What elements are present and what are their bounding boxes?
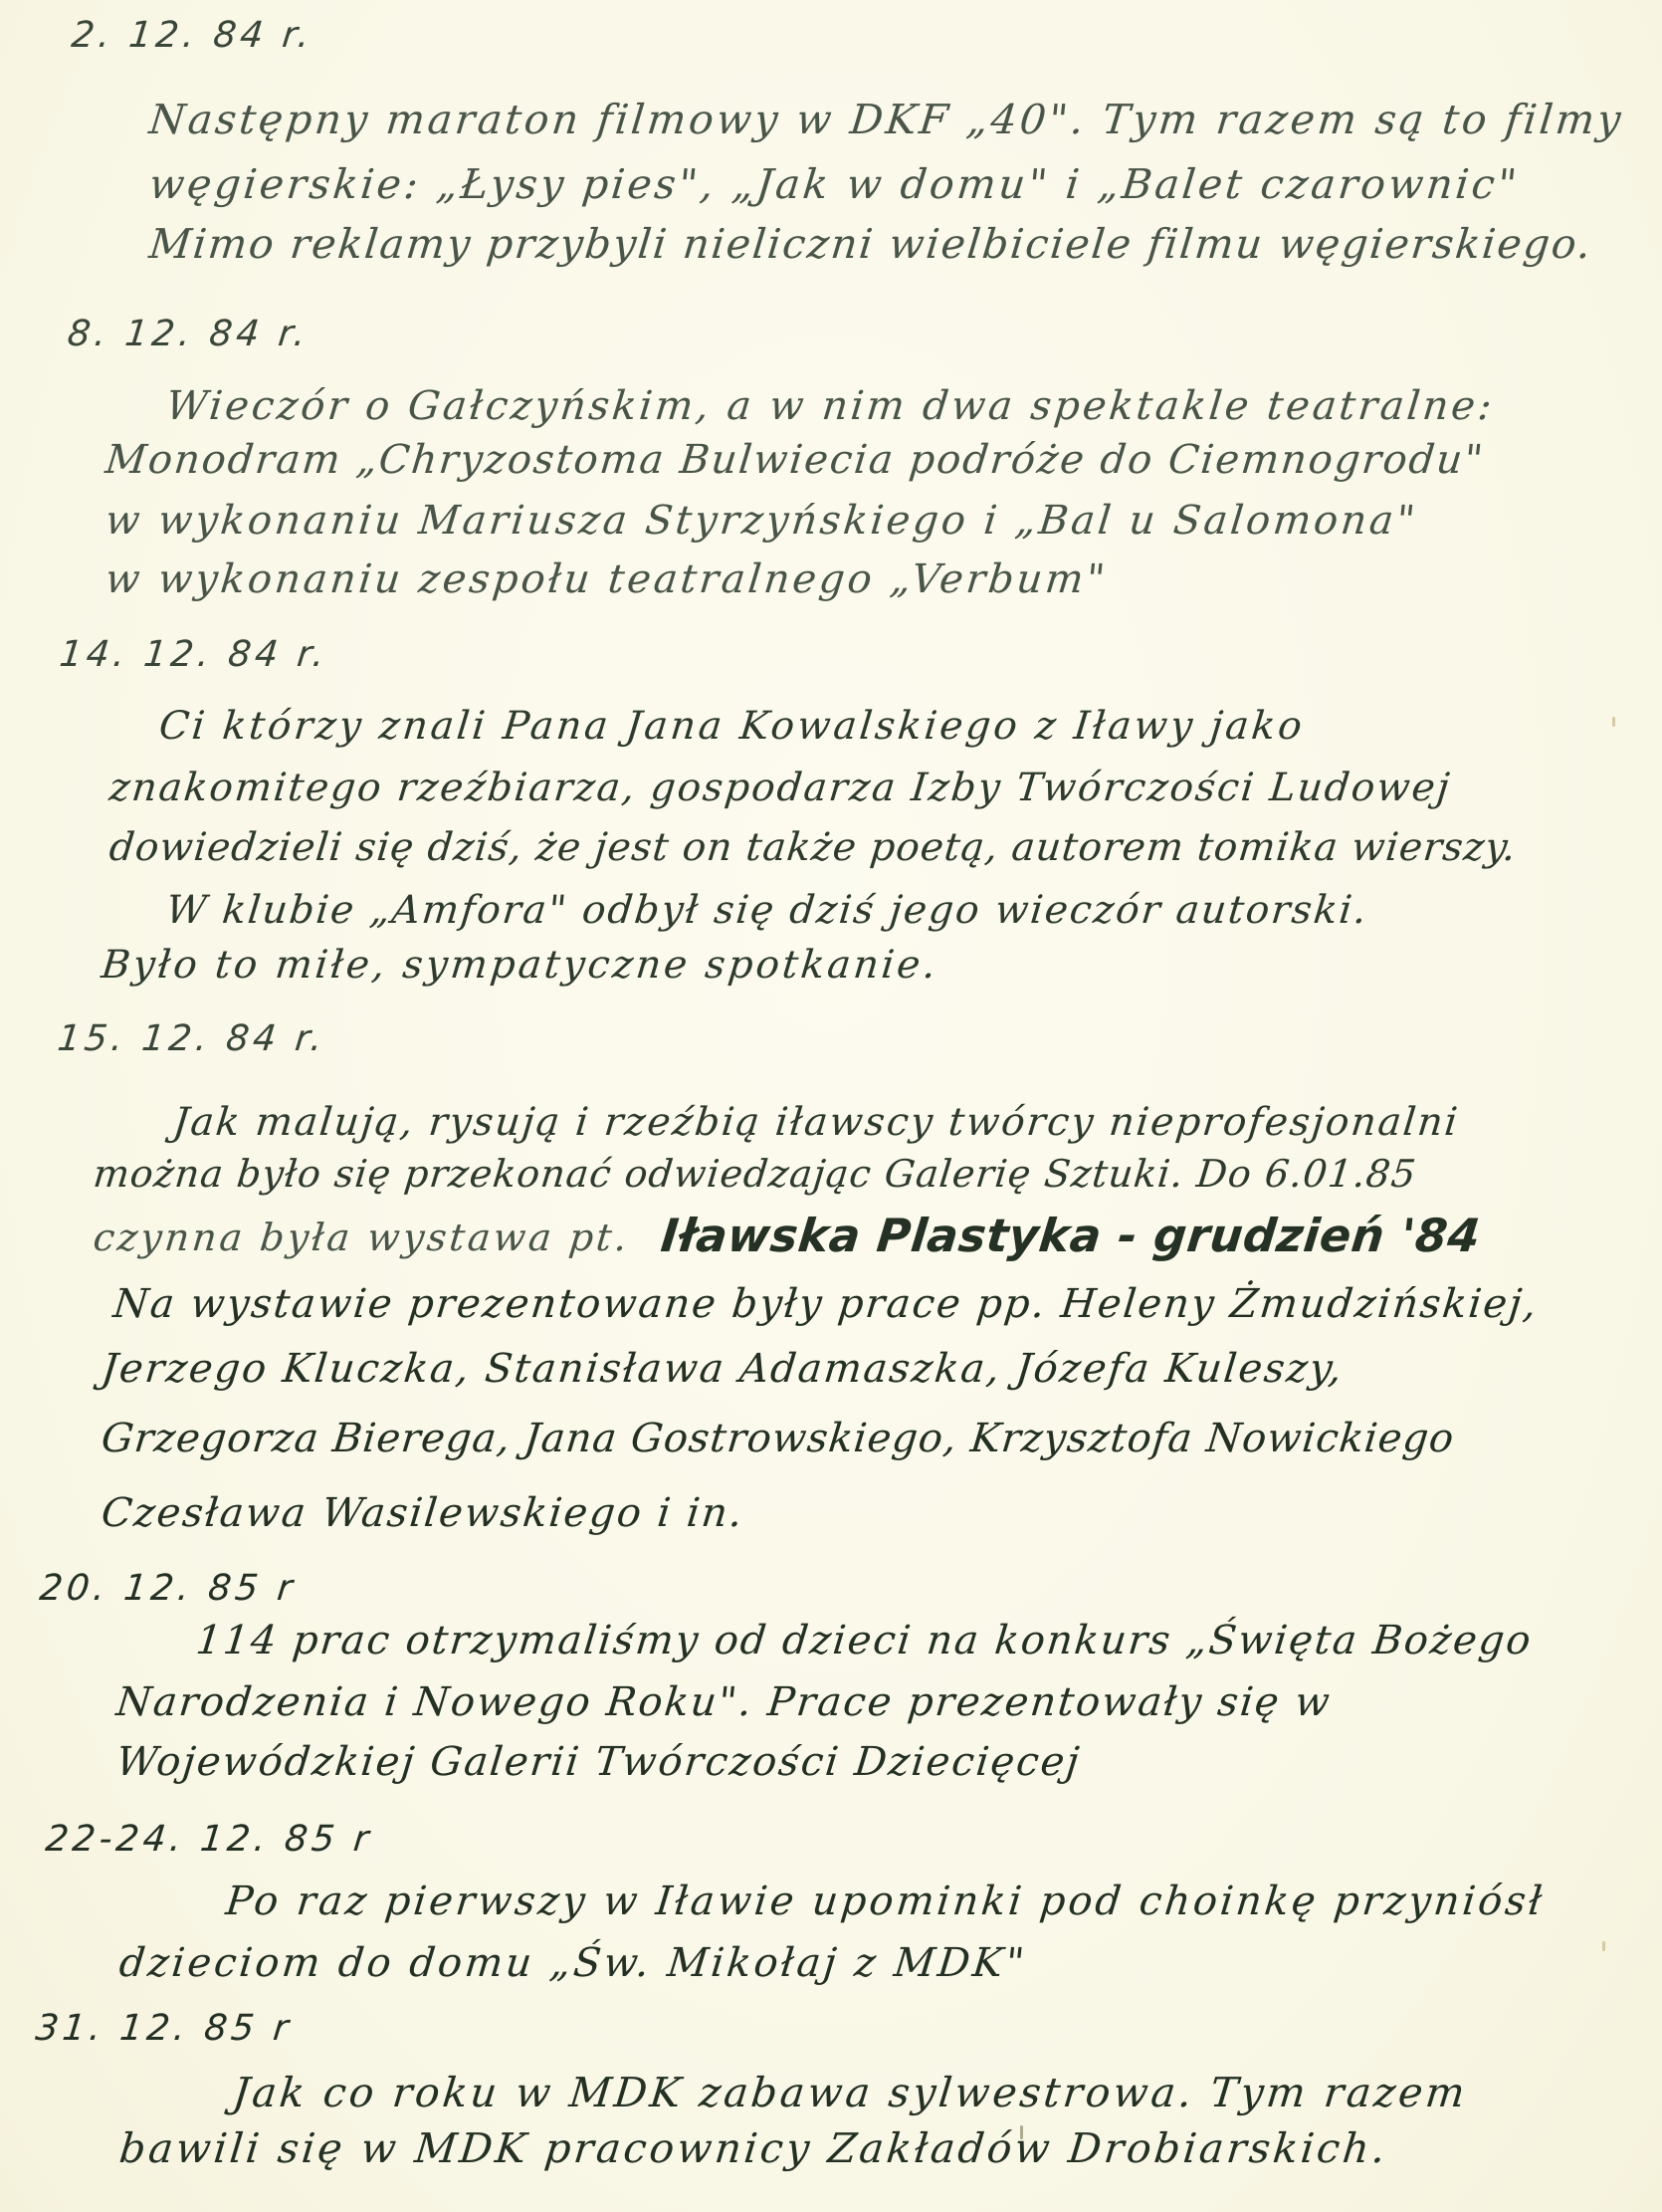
handwritten-chronicle-page: 2. 12. 84 r. Następny maraton filmowy w … (0, 0, 1662, 2212)
entry-date: 8. 12. 84 r. (66, 317, 311, 352)
entry-text-line: dzieciom do domu „Św. Mikołaj z MDK" (117, 1943, 1029, 1983)
entry-text-line: można było się przekonać odwiedzając Gal… (92, 1155, 1418, 1193)
entry-text-line: Ci którzy znali Pana Jana Kowalskiego z … (157, 707, 1307, 746)
paper-speck (1602, 1941, 1605, 1951)
entry-text-line: Czesława Wasilewskiego i in. (100, 1493, 746, 1533)
entry-text-line: Jerzego Kluczka, Stanisława Adamaszka, J… (100, 1349, 1346, 1389)
entry-text-line: czynna była wystawa pt. (92, 1218, 632, 1256)
entry-text-line: Narodzenia i Nowego Roku". Prace prezent… (114, 1682, 1334, 1722)
entry-date: 20. 12. 85 r (38, 1571, 298, 1607)
entry-text-line: 114 prac otrzymaliśmy od dzieci na konku… (194, 1621, 1535, 1660)
entry-text-line: bawili się w MDK pracownicy Zakładów Dro… (117, 2128, 1390, 2169)
entry-text-line: Było to miłe, sympatyczne spotkanie. (100, 946, 940, 985)
entry-text-line: Grzegorza Bierega, Jana Gostrowskiego, K… (100, 1419, 1456, 1458)
exhibition-title: Iławska Plastyka - grudzień '84 (659, 1213, 1483, 1258)
entry-text-line: Po raz pierwszy w Iławie upominki pod ch… (224, 1881, 1547, 1921)
entry-text-line: dowiedzieli się dziś, że jest on także p… (107, 828, 1519, 867)
entry-text-line: Jak co roku w MDK zabawa sylwestrowa. Ty… (231, 2073, 1470, 2113)
entry-text-line: Na wystawie prezentowane były prace pp. … (111, 1284, 1540, 1324)
entry-date: 14. 12. 84 r. (58, 637, 329, 673)
entry-date: 22-24. 12. 85 r (44, 1822, 374, 1858)
entry-date: 2. 12. 84 r. (70, 18, 314, 54)
paper-speck (1020, 2125, 1023, 2139)
entry-text-line: znakomitego rzeźbiarza, gospodarza Izby … (107, 769, 1453, 807)
entry-date: 15. 12. 84 r. (56, 1021, 327, 1057)
entry-text-line: Wojewódzkiej Galerii Twórczości Dziecięc… (114, 1742, 1083, 1782)
entry-text-line: w wykonaniu Mariusza Styrzyńskiego i „Ba… (104, 501, 1419, 541)
entry-text-line: Jak malują, rysują i rzeźbią iławscy twó… (171, 1103, 1461, 1142)
entry-date: 31. 12. 85 r (34, 2011, 294, 2047)
entry-text-line: Wieczór o Gałczyńskim, a w nim dwa spekt… (164, 386, 1497, 426)
entry-text-line: W klubie „Amfora" odbył się dziś jego wi… (164, 891, 1370, 930)
entry-text-line: Monodram „Chryzostoma Bulwiecia podróże … (104, 440, 1487, 480)
entry-text-line: węgierskie: „Łysy pies", „Jak w domu" i … (147, 164, 1522, 205)
paper-speck (1612, 717, 1615, 727)
entry-text-line: w wykonaniu zespołu teatralnego „Verbum" (104, 559, 1110, 599)
entry-text-line: Mimo reklamy przybyli nieliczni wielbici… (147, 224, 1594, 265)
entry-text-line: Następny maraton filmowy w DKF „40". Tym… (147, 100, 1625, 140)
